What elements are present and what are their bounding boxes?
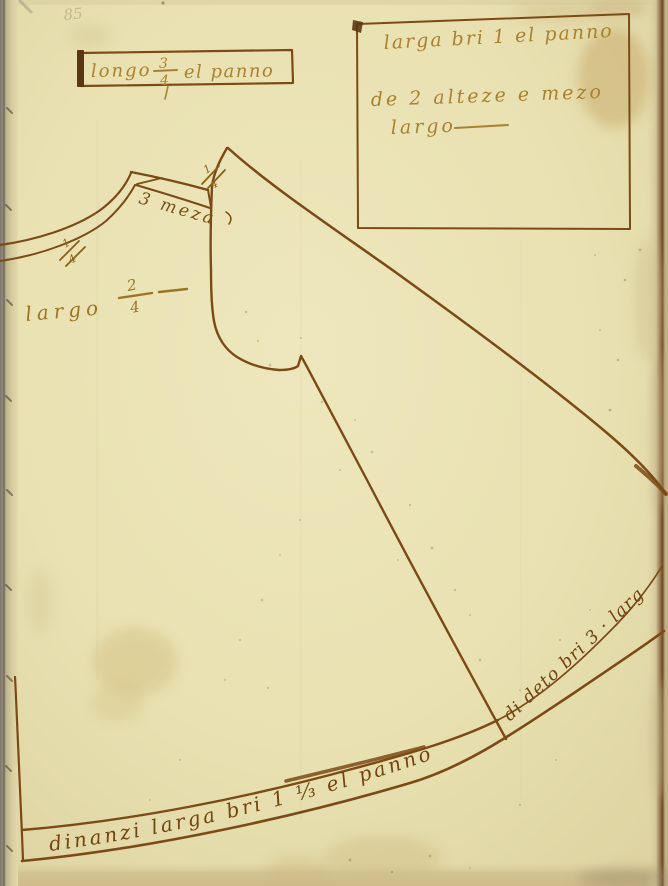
caption-left-frac-den: 4 <box>159 73 169 89</box>
caption-right-line3: largo <box>390 115 456 139</box>
caption-left-frac-num: 3 <box>159 56 168 72</box>
paper-background <box>0 0 668 886</box>
caption-box-left-ink-blob <box>77 50 84 87</box>
caption-left-post: el panno <box>184 60 275 83</box>
caption-left-pre: longo <box>91 60 152 82</box>
tailor-pattern-scan: 85 longo 3 4 el panno larga bri 1 el pan… <box>0 0 668 886</box>
ghost-folio-number: 85 <box>63 4 84 24</box>
manuscript-page: 85 longo 3 4 el panno larga bri 1 el pan… <box>0 0 668 886</box>
binding-edge-left <box>0 0 18 886</box>
